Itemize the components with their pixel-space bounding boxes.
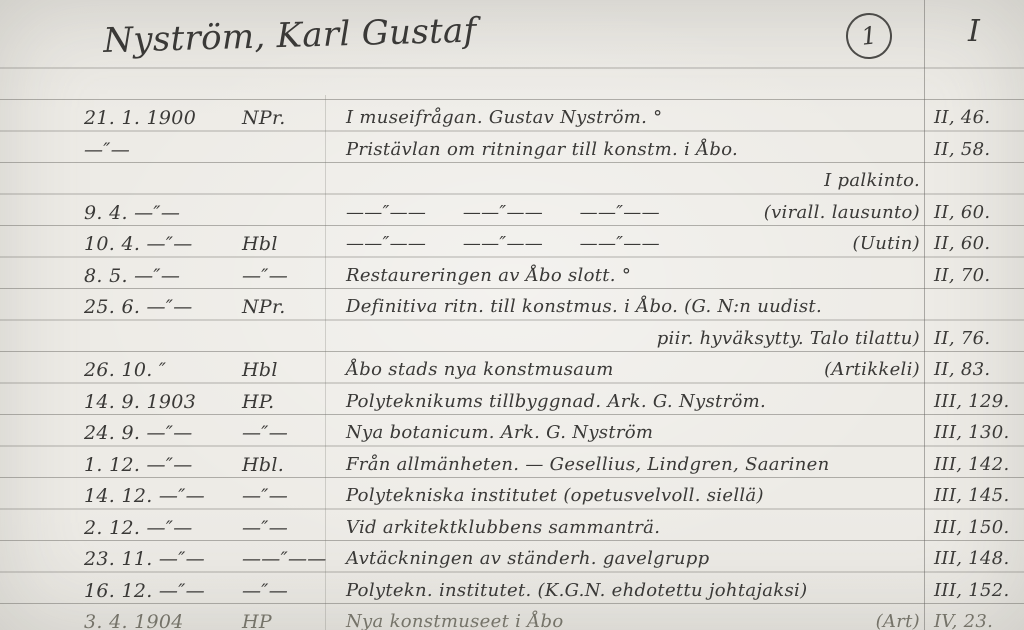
entry-row: piir. hyväksytty. Talo tilattu) II, 76. (0, 325, 1024, 352)
entry-ref: IV, 23. (934, 609, 1018, 630)
entry-source: HP (242, 609, 334, 630)
entry-text: Pristävlan om ritningar till konstm. i Å… (346, 137, 921, 163)
entry-note: piir. hyväksytty. Talo tilattu) (657, 326, 920, 352)
entry-note: I palkinto. (824, 168, 920, 194)
entry-row: 16. 12. —″— —″— Polytekn. institutet. (K… (0, 577, 1024, 604)
entry-row: 10. 4. —″— Hbl ——″—— ——″—— ——″—— (Uutin)… (0, 230, 1024, 257)
entry-row: 14. 9. 1903 HP. Polyteknikums tillbyggna… (0, 388, 1024, 415)
entry-source: —″— (242, 483, 334, 509)
entry-note: (virall. lausunto) (764, 200, 920, 226)
entry-ref: III, 152. (934, 578, 1018, 604)
entry-source: NPr. (242, 105, 334, 131)
entry-note: (Artikkeli) (824, 357, 920, 383)
entry-date: 14. 9. 1903 (84, 389, 242, 415)
entry-row: —″— Pristävlan om ritningar till konstm.… (0, 136, 1024, 163)
entry-source: Hbl (242, 231, 334, 257)
entry-row: 14. 12. —″— —″— Polytekniska institutet … (0, 482, 1024, 509)
entry-source: —″— (242, 420, 334, 446)
entry-text: Avtäckningen av ständerh. gavelgrupp (346, 546, 921, 572)
entry-date: 14. 12. —″— (84, 483, 242, 509)
entry-row: 1. 12. —″— Hbl. Från allmänheten. — Gese… (0, 451, 1024, 478)
entry-source: ——″—— (242, 546, 334, 572)
entry-date: 25. 6. —″— (84, 294, 242, 320)
entry-text: Polytekn. institutet. (K.G.N. ehdotettu … (346, 578, 921, 604)
entry-date: 24. 9. —″— (84, 420, 242, 446)
entry-source: NPr. (242, 294, 334, 320)
entry-row: 8. 5. —″— —″— Restaureringen av Åbo slot… (0, 262, 1024, 289)
entry-ref: III, 148. (934, 546, 1018, 572)
entry-text: Nya botanicum. Ark. G. Nyström (346, 420, 921, 446)
entry-date: 8. 5. —″— (84, 263, 242, 289)
entry-date: —″— (84, 137, 242, 163)
entry-ref: III, 130. (934, 420, 1018, 446)
entry-text: Nya konstmuseet i Åbo (346, 609, 921, 630)
entry-source: —″— (242, 515, 334, 541)
entry-ref: II, 46. (934, 105, 1018, 131)
entry-row: 26. 10. ″ Hbl Åbo stads nya konstmusaum … (0, 356, 1024, 383)
entry-ref: II, 60. (934, 200, 1018, 226)
entry-ref: III, 145. (934, 483, 1018, 509)
entry-ref: II, 76. (934, 326, 1018, 352)
entry-ref: III, 142. (934, 452, 1018, 478)
entries: 21. 1. 1900 NPr. I museifrågan. Gustav N… (0, 0, 1024, 630)
entry-text: Restaureringen av Åbo slott. ° (346, 263, 921, 289)
entry-ref: II, 70. (934, 263, 1018, 289)
entry-row: 2. 12. —″— —″— Vid arkitektklubbens samm… (0, 514, 1024, 541)
entry-row: 3. 4. 1904 HP Nya konstmuseet i Åbo (Art… (0, 608, 1024, 630)
entry-source: Hbl. (242, 452, 334, 478)
entry-source: —″— (242, 263, 334, 289)
entry-source: Hbl (242, 357, 334, 383)
entry-text: ——″—— ——″—— ——″—— (346, 231, 921, 257)
entry-date: 21. 1. 1900 (84, 105, 242, 131)
entry-source: —″— (242, 578, 334, 604)
entry-source: HP. (242, 389, 334, 415)
entry-date: 26. 10. ″ (84, 357, 242, 383)
entry-date: 23. 11. —″— (84, 546, 242, 572)
entry-date: 10. 4. —″— (84, 231, 242, 257)
entry-ref: II, 83. (934, 357, 1018, 383)
entry-date: 2. 12. —″— (84, 515, 242, 541)
entry-text: Definitiva ritn. till konstmus. i Åbo. (… (346, 294, 921, 320)
entry-ref: III, 129. (934, 389, 1018, 415)
entry-date: 3. 4. 1904 (84, 609, 242, 630)
entry-text: Vid arkitektklubbens sammanträ. (346, 515, 921, 541)
entry-date: 9. 4. —″— (84, 200, 242, 226)
entry-text: Polyteknikums tillbyggnad. Ark. G. Nystr… (346, 389, 921, 415)
entry-date: 1. 12. —″— (84, 452, 242, 478)
entry-row: 23. 11. —″— ——″—— Avtäckningen av stände… (0, 545, 1024, 572)
entry-row: I palkinto. (0, 167, 1024, 194)
entry-date: 16. 12. —″— (84, 578, 242, 604)
entry-ref: III, 150. (934, 515, 1018, 541)
entry-note: (Art) (876, 609, 920, 630)
entry-row: 24. 9. —″— —″— Nya botanicum. Ark. G. Ny… (0, 419, 1024, 446)
entry-row: 21. 1. 1900 NPr. I museifrågan. Gustav N… (0, 104, 1024, 131)
entry-row: 9. 4. —″— ——″—— ——″—— ——″—— (virall. lau… (0, 199, 1024, 226)
entry-ref: II, 58. (934, 137, 1018, 163)
entry-text: I museifrågan. Gustav Nyström. ° (346, 105, 921, 131)
entry-ref: II, 60. (934, 231, 1018, 257)
entry-text: Polytekniska institutet (opetusvelvoll. … (346, 483, 921, 509)
entry-text: Från allmänheten. — Gesellius, Lindgren,… (346, 452, 921, 478)
entry-row: 25. 6. —″— NPr. Definitiva ritn. till ko… (0, 293, 1024, 320)
entry-note: (Uutin) (853, 231, 921, 257)
